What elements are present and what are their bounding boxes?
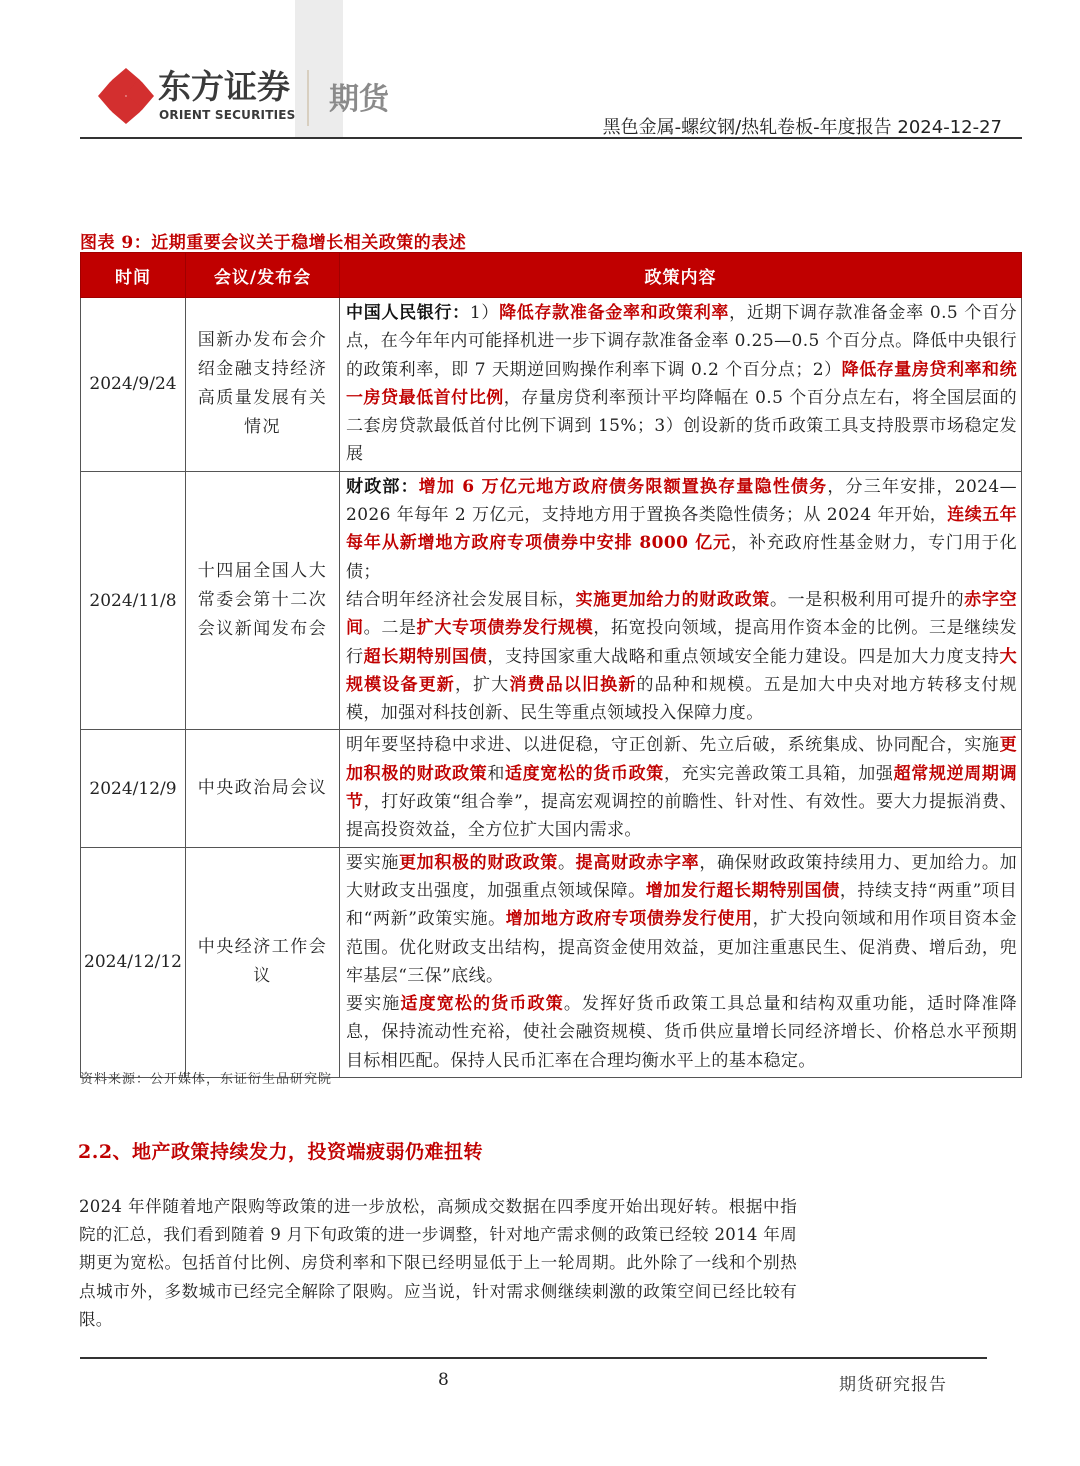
figure-title: 图表 9：近期重要会议关于稳增长相关政策的表述 [80,228,466,253]
orient-securities-logo-icon [96,66,156,126]
footer-rule [80,1357,987,1359]
policy-text: 明年要坚持稳中求进、以进促稳，守正创新、先立后破，系统集成、协同配合，实施 [346,735,1000,755]
policy-text: ，充实完善政策工具箱，加强 [664,764,894,784]
policy-text: ，打好政策“组合拳”，提高宏观调控的前瞻性、针对性、有效性。要大力提振消费、提高… [346,792,1017,840]
brand-name-en: ORIENT SECURITIES [159,108,296,122]
row-meeting: 中央政治局会议 [186,730,340,847]
figure-source: 资料来源：公开媒体，东证衍生品研究院 [80,1068,332,1087]
row-content: 财政部：增加 6 万亿元地方政府债务限额置换存量隐性债务，分三年安排，2024—… [340,471,1022,730]
policy-text: 。一是积极利用可提升的 [770,590,964,610]
highlighted-policy-text: 增加地方政府专项债券发行使用 [506,909,753,929]
policy-text: 。二是 [364,618,417,638]
section-body: 2024 年伴随着地产限购等政策的进一步放松，高频成交数据在四季度开始出现好转。… [79,1193,797,1334]
column-header-meeting: 会议/发布会 [186,253,340,298]
column-header-time: 时间 [81,253,186,298]
policy-text: 。 [558,853,576,873]
header-divider [307,70,309,126]
highlighted-policy-text: 实施更加给力的财政政策 [576,590,770,610]
row-date: 2024/11/8 [81,471,186,730]
highlighted-policy-text: 超长期特别国债 [364,647,488,667]
policy-text: 要实施 [346,853,399,873]
highlighted-policy-text: 降低存款准备金率和政策利率 [499,303,729,323]
issuer-label: 财政部： [346,477,419,497]
policy-text: 1） [470,303,499,323]
brand-name-cn: 东方证券 [158,68,290,106]
policy-text: ，支持国家重大战略和重点领域安全能力建设。四是加大力度支持 [487,647,999,667]
highlighted-policy-text: 扩大专项债券发行规模 [417,618,594,638]
highlighted-policy-text: 消费品以旧换新 [509,675,636,695]
table-row: 2024/9/24 国新办发布会介绍金融支持经济高质量发展有关情况 中国人民银行… [81,298,1022,472]
division-label: 期货 [329,74,389,118]
policy-text: ，扩大 [455,675,509,695]
issuer-label: 中国人民银行： [346,303,470,323]
table-header-row: 时间 会议/发布会 政策内容 [81,253,1022,298]
table-row: 2024/12/9 中央政治局会议 明年要坚持稳中求进、以进促稳，守正创新、先立… [81,730,1022,847]
row-content: 明年要坚持稳中求进、以进促稳，守正创新、先立后破，系统集成、协同配合，实施更加积… [340,730,1022,847]
highlighted-policy-text: 更加积极的财政政策 [399,853,558,873]
highlighted-policy-text: 适度宽松的货币政策 [400,994,563,1014]
policy-text: 和 [487,764,505,784]
highlighted-policy-text: 适度宽松的货币政策 [505,764,664,784]
column-header-content: 政策内容 [340,253,1022,298]
row-date: 2024/9/24 [81,298,186,472]
highlighted-policy-text: 增加发行超长期特别国债 [646,881,840,901]
report-title: 黑色金属-螺纹钢/热轧卷板-年度报告 2024-12-27 [603,113,1002,139]
row-meeting: 中央经济工作会议 [186,847,340,1077]
section-heading: 2.2、地产政策持续发力，投资端疲弱仍难扭转 [78,1137,483,1164]
highlighted-policy-text: 提高财政赤字率 [576,853,700,873]
row-meeting: 十四届全国人大常委会第十二次会议新闻发布会 [186,471,340,730]
highlighted-policy-text: 增加 6 万亿元地方政府债务限额置换存量隐性债务 [419,477,828,497]
page-number: 8 [438,1370,449,1390]
policy-text: 要实施 [346,994,400,1014]
policy-text: 结合明年经济社会发展目标， [346,590,576,610]
footer-label: 期货研究报告 [839,1370,947,1395]
table-row: 2024/12/12 中央经济工作会议 要实施更加积极的财政政策。提高财政赤字率… [81,847,1022,1077]
row-content: 中国人民银行：1）降低存款准备金率和政策利率，近期下调存款准备金率 0.5 个百… [340,298,1022,472]
row-meeting: 国新办发布会介绍金融支持经济高质量发展有关情况 [186,298,340,472]
table-row: 2024/11/8 十四届全国人大常委会第十二次会议新闻发布会 财政部：增加 6… [81,471,1022,730]
header-rule [80,137,1022,139]
row-content: 要实施更加积极的财政政策。提高财政赤字率，确保财政政策持续用力、更加给力。加大财… [340,847,1022,1077]
row-date: 2024/12/12 [81,847,186,1077]
row-date: 2024/12/9 [81,730,186,847]
policy-table: 时间 会议/发布会 政策内容 2024/9/24 国新办发布会介绍金融支持经济高… [80,252,1022,1078]
